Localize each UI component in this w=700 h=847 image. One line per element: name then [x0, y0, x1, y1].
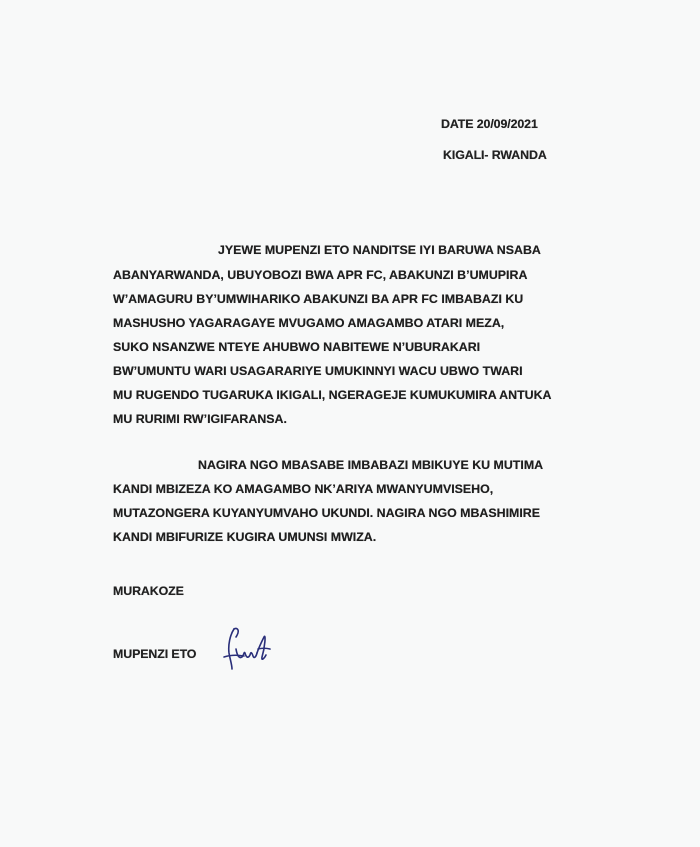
paragraph-line: MU RURIMI RW’IGIFARANSA. — [113, 412, 287, 426]
signature-icon — [220, 623, 275, 673]
paragraph-line: KANDI MBIFURIZE KUGIRA UMUNSI MWIZA. — [113, 530, 376, 544]
letter-date: DATE 20/09/2021 — [441, 117, 538, 131]
paragraph-line: W’AMAGURU BY’UMWIHARIKO ABAKUNZI BA APR … — [113, 292, 523, 306]
signatory-name: MUPENZI ETO — [113, 647, 196, 661]
paragraph-line: KANDI MBIZEZA KO AMAGAMBO NK’ARIYA MWANY… — [113, 482, 493, 496]
paragraph-line: MU RUGENDO TUGARUKA IKIGALI, NGERAGEJE K… — [113, 388, 551, 402]
paragraph-line: NAGIRA NGO MBASABE IMBABAZI MBIKUYE KU M… — [198, 458, 543, 472]
letter-location: KIGALI- RWANDA — [443, 148, 547, 162]
paragraph-line: SUKO NSANZWE NTEYE AHUBWO NABITEWE N’UBU… — [113, 340, 480, 354]
closing-thanks: MURAKOZE — [113, 584, 184, 598]
letter-page: DATE 20/09/2021 KIGALI- RWANDA JYEWE MUP… — [0, 0, 700, 847]
paragraph-line: BW’UMUNTU WARI USAGARARIYE UMUKINNYI WAC… — [113, 364, 523, 378]
paragraph-line: ABANYARWANDA, UBUYOBOZI BWA APR FC, ABAK… — [113, 268, 527, 282]
paragraph-line: JYEWE MUPENZI ETO NANDITSE IYI BARUWA NS… — [218, 243, 541, 257]
paragraph-line: MUTAZONGERA KUYANYUMVAHO UKUNDI. NAGIRA … — [113, 506, 540, 520]
paragraph-line: MASHUSHO YAGARAGAYE MVUGAMO AMAGAMBO ATA… — [113, 316, 504, 330]
